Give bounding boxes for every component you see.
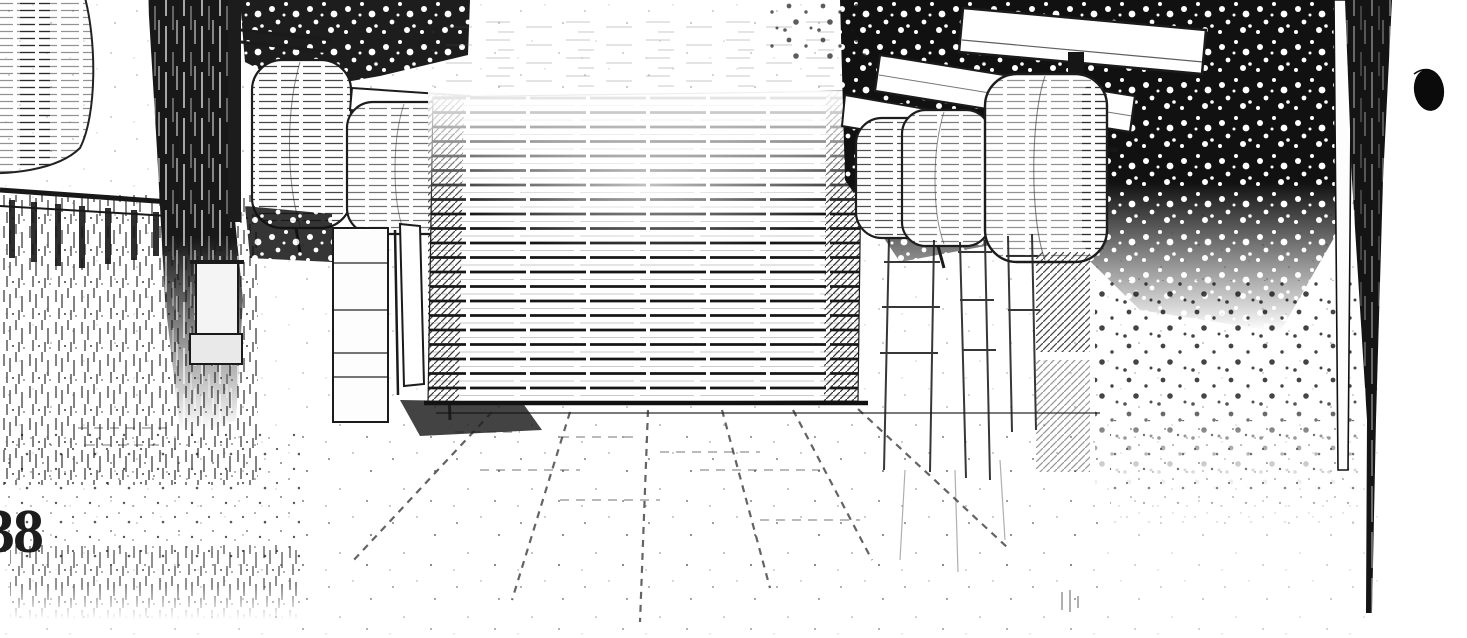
illustration-canvas: 38 [0,0,1467,638]
paper-lantern-fragment [0,0,93,173]
scanned-page: 38 [0,0,1467,638]
bottom-speckles [250,555,1110,630]
shadow-under-left-lanterns [245,206,332,262]
paper-lantern-right-2 [902,110,990,268]
page-number: 38 [0,498,42,566]
paper-lantern-right-3 [985,74,1107,262]
stone-lantern [190,262,244,364]
